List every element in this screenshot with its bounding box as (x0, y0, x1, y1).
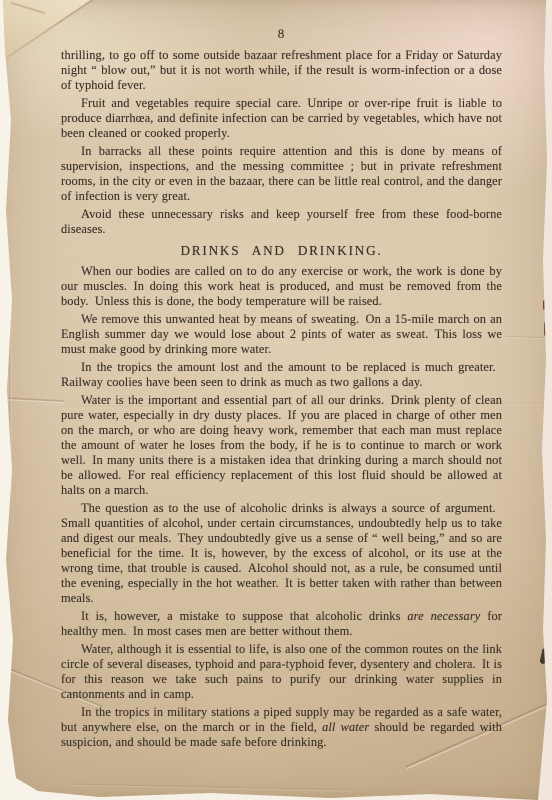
paper-crease (9, 290, 12, 500)
scanned-book-page: 8 thrilling, to go off to some outside b… (0, 0, 552, 800)
edge-wear-mark (539, 648, 548, 665)
intro-paragraphs: thrilling, to go off to some outside baz… (61, 48, 502, 237)
text-run: When our bodies are called on to do any … (61, 264, 502, 308)
text-run: Fruit and vegetables require special car… (61, 96, 502, 140)
edge-wear-mark (544, 322, 548, 336)
paragraph: It is, however, a mistake to suppose tha… (61, 609, 502, 639)
paragraph: In barracks all these points require att… (61, 144, 502, 204)
text-run: It is, however, a mistake to suppose tha… (81, 609, 407, 623)
paper-crease (70, 783, 350, 792)
paragraph: Water, although it is essential to life,… (61, 642, 502, 702)
text-run: In barracks all these points require att… (61, 144, 502, 203)
text-run: We remove this unwanted heat by means of… (61, 312, 502, 356)
paragraph: In the tropics the amount lost and the a… (61, 360, 502, 390)
paragraph: thrilling, to go off to some outside baz… (61, 48, 502, 93)
text-run: Avoid these unnecessary risks and keep y… (61, 207, 502, 236)
edge-wear-mark (543, 300, 547, 310)
paragraph: The question as to the use of alcoholic … (61, 501, 502, 606)
text-run: Water, although it is essential to life,… (61, 642, 502, 701)
text-run: Water is the important and essential par… (61, 393, 502, 497)
section-paragraphs: When our bodies are called on to do any … (61, 264, 502, 750)
paragraph: Fruit and vegetables require special car… (61, 96, 502, 141)
page-number: 8 (61, 26, 502, 41)
paragraph: Avoid these unnecessary risks and keep y… (61, 207, 502, 237)
paragraph: In the tropics in military stations a pi… (61, 705, 502, 750)
section-heading: DRINKS AND DRINKING. (61, 243, 502, 258)
text-run: In the tropics the amount lost and the a… (61, 360, 502, 389)
italic-text-run: all water (322, 720, 369, 734)
text-run: thrilling, to go off to some outside baz… (61, 48, 502, 92)
text-run: The question as to the use of alcoholic … (61, 501, 502, 605)
paragraph: Water is the important and essential par… (61, 393, 502, 498)
paragraph: When our bodies are called on to do any … (61, 264, 502, 309)
page-content: 8 thrilling, to go off to some outside b… (61, 26, 502, 753)
paragraph: We remove this unwanted heat by means of… (61, 312, 502, 357)
italic-text-run: are necessary (407, 609, 480, 623)
paper-sheet: 8 thrilling, to go off to some outside b… (0, 0, 552, 800)
